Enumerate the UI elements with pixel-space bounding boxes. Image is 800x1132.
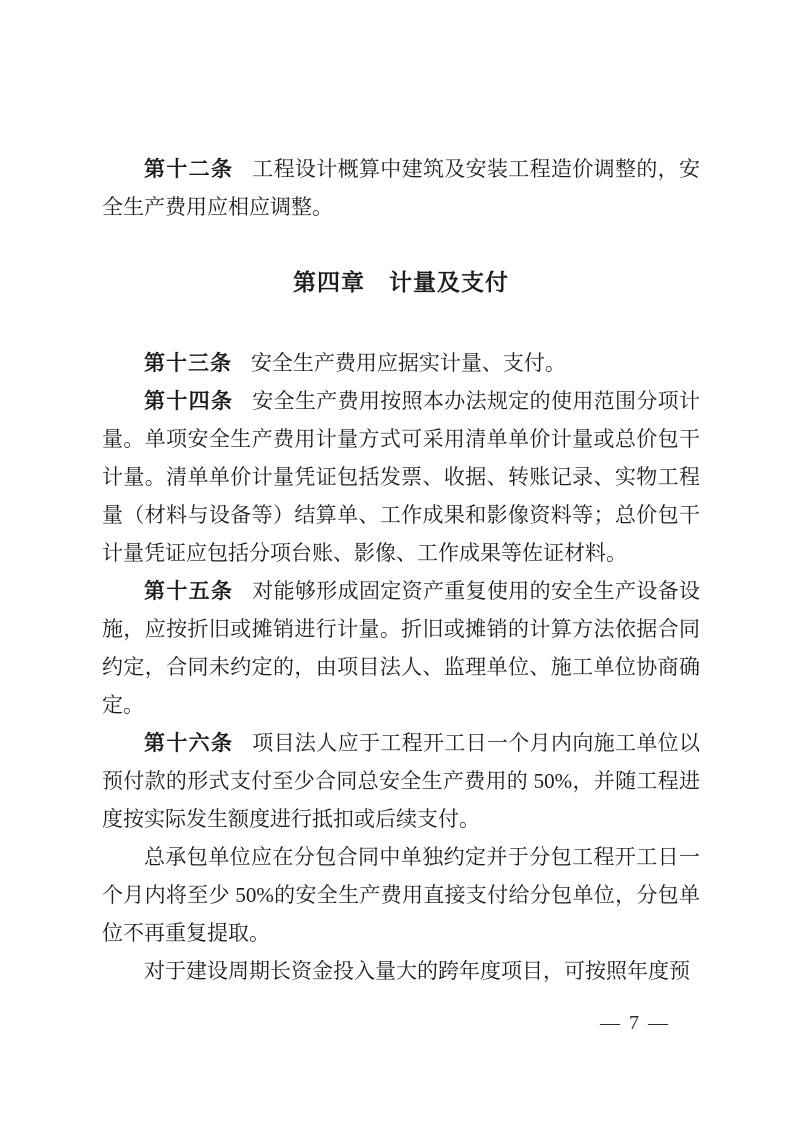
- article-number: 第十二条: [144, 157, 233, 181]
- article-text: 安全生产费用应据实计量、支付。: [251, 351, 566, 375]
- document-page: 第十二条工程设计概算中建筑及安装工程造价调整的，安全生产费用应相应调整。 第四章…: [0, 0, 800, 1132]
- paragraph-article-14: 第十四条安全生产费用按照本办法规定的使用范围分项计量。单项安全生产费用计量方式可…: [102, 382, 700, 572]
- article-text: 安全生产费用按照本办法规定的使用范围分项计量。单项安全生产费用计量方式可采用清单…: [102, 389, 700, 565]
- paragraph-article-13: 第十三条安全生产费用应据实计量、支付。: [102, 344, 700, 382]
- article-text: 对于建设周期长资金投入量大的跨年度项目，可按照年度预: [144, 959, 690, 983]
- paragraph-article-12: 第十二条工程设计概算中建筑及安装工程造价调整的，安全生产费用应相应调整。: [102, 150, 700, 226]
- article-number: 第十四条: [144, 389, 233, 413]
- paragraph-subcontract: 总承包单位应在分包合同中单独约定并于分包工程开工日一个月内将至少 50%的安全生…: [102, 838, 700, 952]
- paragraph-article-16: 第十六条项目法人应于工程开工日一个月内向施工单位以预付款的形式支付至少合同总安全…: [102, 724, 700, 838]
- article-number: 第十五条: [144, 579, 233, 603]
- paragraph-article-15: 第十五条对能够形成固定资产重复使用的安全生产设备设施，应按折旧或摊销进行计量。折…: [102, 572, 700, 724]
- document-content: 第十二条工程设计概算中建筑及安装工程造价调整的，安全生产费用应相应调整。 第四章…: [102, 150, 700, 990]
- page-number: — 7 —: [600, 1008, 670, 1038]
- chapter-heading: 第四章 计量及支付: [102, 264, 700, 302]
- article-number: 第十六条: [144, 731, 233, 755]
- paragraph-multiyear: 对于建设周期长资金投入量大的跨年度项目，可按照年度预: [102, 952, 700, 990]
- article-text: 总承包单位应在分包合同中单独约定并于分包工程开工日一个月内将至少 50%的安全生…: [102, 845, 700, 945]
- article-number: 第十三条: [144, 351, 232, 375]
